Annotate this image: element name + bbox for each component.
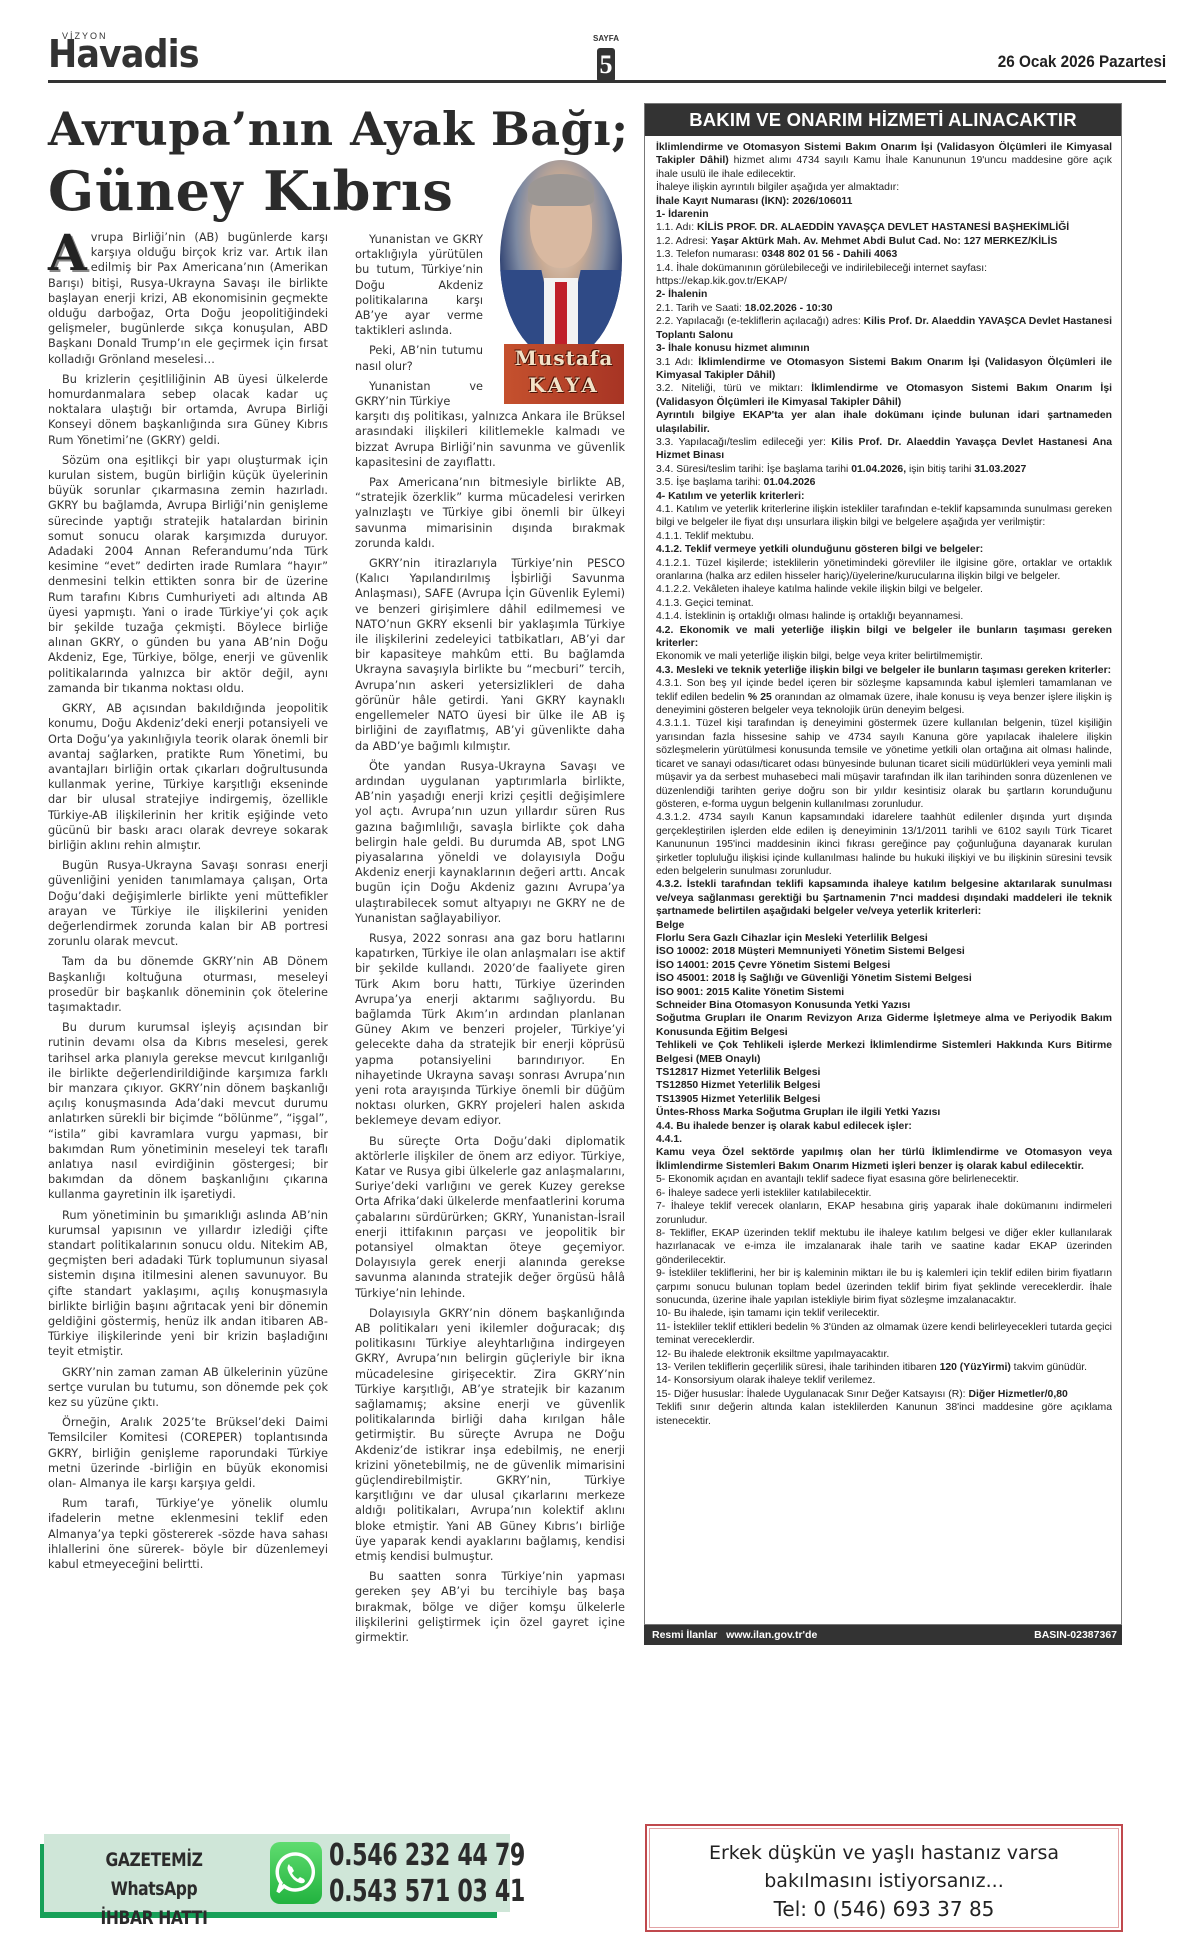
notice-item: Ayrıntılı bilgiye EKAP'ta yer alan ihale… [656, 409, 1112, 436]
article-paragraph: GKRY’nin zaman zaman AB ülkelerinin yüzü… [48, 1365, 328, 1411]
belge-item: İSO 10002: 2018 Müşteri Memnuniyeti Yöne… [656, 945, 1112, 958]
care-ad-phone[interactable]: Tel: 0 (546) 693 37 85 [647, 1894, 1121, 1924]
belge-item: Schneider Bina Otomasyon Konusunda Yetki… [656, 999, 1112, 1012]
article-paragraph: GKRY, AB açısından bakıldığında jeopolit… [48, 701, 328, 853]
notice-intro: İklimlendirme ve Otomasyon Sistemi Bakım… [656, 141, 1112, 181]
drop-cap: A [48, 232, 87, 274]
notice-item: 1.1. Adı: KİLİS PROF. DR. ALAEDDİN YAVAŞ… [656, 221, 1112, 234]
tender-notice: BAKIM VE ONARIM HİZMETİ ALINACAKTIR İkli… [644, 103, 1122, 1625]
belge-item: TS13905 Hizmet Yeterlilik Belgesi [656, 1093, 1112, 1106]
notice-section-1: 1- İdarenin [656, 208, 1112, 221]
notice-item: Ekonomik ve mali yeterliğe ilişkin bilgi… [656, 650, 1112, 663]
article-paragraph: Pax Americana’nın bitmesiyle birlikte AB… [355, 475, 625, 551]
notice-item: 3.2. Niteliği, türü ve miktarı: İklimlen… [656, 382, 1112, 409]
notice-section-4: 4- Katılım ve yeterlik kriterleri: [656, 490, 1112, 503]
article-paragraph: Sözüm ona eşitlikçi bir yapı oluşturmak … [48, 453, 328, 696]
notice-item: Kamu veya Özel sektörde yapılmış olan he… [656, 1146, 1112, 1173]
article-paragraph: Bugün Rusya-Ukrayna Savaşı sonrası enerj… [48, 858, 328, 949]
article-paragraph: GKRY’nin itirazlarıyla Türkiye’nin PESCO… [355, 556, 625, 754]
notice-ikn: İhale Kayıt Numarası (İKN): 2026/106011 [656, 195, 1112, 208]
belge-item: Üntes-Rhoss Marka Soğutma Grupları ile i… [656, 1106, 1112, 1119]
notice-section-2: 2- İhalenin [656, 288, 1112, 301]
notice-section-3: 3- İhale konusu hizmet alımının [656, 342, 1112, 355]
article-paragraph-start: Yunanistan ve GKRY’nin Türkiye [355, 379, 483, 409]
phone-number-1[interactable]: 0.546 232 44 79 [329, 1838, 462, 1874]
article-paragraph: Yunanistan ve GKRY ortaklığıyla yürütüle… [355, 232, 483, 338]
ad-box: GAZETEMİZ WhatsApp İHBAR HATTI 0.546 232… [44, 1834, 510, 1912]
belge-item: TS12817 Hizmet Yeterlilik Belgesi [656, 1066, 1112, 1079]
belge-item: Florlu Sera Gazlı Cihazlar için Mesleki … [656, 932, 1112, 945]
notice-item: 4.1. Katılım ve yeterlik kriterlerine il… [656, 503, 1112, 530]
notice-item: 4.1.3. Geçici teminat. [656, 597, 1112, 610]
notice-item: 4.3.1. Son beş yıl içinde bedel içeren b… [656, 677, 1112, 717]
notice-item: 15- Diğer hususlar: İhalede Uygulanacak … [656, 1388, 1112, 1401]
notice-item: 3.5. İşe başlama tarihi: 01.04.2026 [656, 476, 1112, 489]
notice-item: 4.1.2. Teklif vermeye yetkili olunduğunu… [656, 543, 1112, 556]
press-code: BASIN-02387367 [1034, 1625, 1117, 1645]
whatsapp-icon [270, 1842, 322, 1904]
notice-details-line: İhaleye ilişkin ayrıntılı bilgiler aşağı… [656, 181, 1112, 194]
belge-item: İSO 45001: 2018 İş Sağlığı ve Güvenliği … [656, 972, 1112, 985]
notice-item: 3.1 Adı: İklimlendirme ve Otomasyon Sist… [656, 356, 1112, 383]
notice-item: 4.3.1.1. Tüzel kişi tarafından iş deneyi… [656, 717, 1112, 811]
headline-line-1: Avrupa’nın Ayak Bağı; [48, 100, 648, 158]
notice-item: 2.1. Tarih ve Saati: 18.02.2026 - 10:30 [656, 302, 1112, 315]
notice-item: 6- İhaleye sadece yerli istekliler katıl… [656, 1187, 1112, 1200]
article-paragraph: karşıtı dış politikası, yalnızca Ankara … [355, 409, 625, 470]
page-number: 5 [597, 48, 615, 82]
article-paragraph: Bu durum kurumsal işleyiş açısından bir … [48, 1020, 328, 1202]
article-column-1: Avrupa Birliği’nin (AB) bugünlerde karşı… [48, 230, 328, 1577]
article-paragraph: Tam da bu dönemde GKRY’nin AB Dönem Başk… [48, 954, 328, 1015]
notice-footer: Resmi İlanlar www.ilan.gov.tr'de BASIN-0… [644, 1625, 1122, 1645]
care-ad-line-1: Erkek düşkün ve yaşlı hastanız varsa [647, 1838, 1121, 1868]
page-label: SAYFA [593, 34, 619, 43]
notice-item: 11- İstekliler teklif ettikleri bedelin … [656, 1321, 1112, 1348]
notice-item: 4.1.1. Teklif mektubu. [656, 530, 1112, 543]
article-paragraph: Bu süreçte Orta Doğu’daki diplomatik akt… [355, 1134, 625, 1301]
notice-item: 10- Bu ihalede, işin tamamı için teklif … [656, 1307, 1112, 1320]
article-paragraph: Avrupa Birliği’nin (AB) bugünlerde karşı… [48, 230, 328, 367]
notice-item: 8- Teklifler, EKAP üzerinden teklif mekt… [656, 1227, 1112, 1267]
article-paragraph: Örneğin, Aralık 2025’te Brüksel’deki Dai… [48, 1415, 328, 1491]
notice-item: 12- Bu ihalede elektronik eksiltme yapıl… [656, 1348, 1112, 1361]
belge-item: Soğutma Grupları ile Onarım Revizyon Arı… [656, 1012, 1112, 1039]
notice-item: 9- İstekliler tekliflerini, her bir iş k… [656, 1267, 1112, 1307]
notice-item: 4.1.4. İsteklinin iş ortaklığı olması ha… [656, 610, 1112, 623]
official-ads-link[interactable]: Resmi İlanlar www.ilan.gov.tr'de [652, 1625, 817, 1645]
belge-item: Tehlikeli ve Çok Tehlikeli işlerde Merke… [656, 1039, 1112, 1066]
notice-item: 4.2. Ekonomik ve mali yeterliğe ilişkin … [656, 624, 1112, 651]
hotline-numbers: 0.546 232 44 79 0.543 571 03 41 [329, 1838, 462, 1910]
article-column-2: Yunanistan ve GKRY ortaklığıyla yürütüle… [355, 232, 625, 1650]
notice-item: 3.4. Süresi/teslim tarihi: İşe başlama t… [656, 463, 1112, 476]
notice-item: 5- Ekonomik açıdan en avantajlı teklif s… [656, 1173, 1112, 1186]
notice-item: 3.3. Yapılacağı/teslim edileceği yer: Ki… [656, 436, 1112, 463]
article-paragraph: Rum yönetiminin bu şımarıklığı aslında A… [48, 1208, 328, 1360]
belge-item: İSO 9001: 2015 Kalite Yönetim Sistemi [656, 986, 1112, 999]
article-paragraph: Rum tarafı, Türkiye’ye yönelik olumlu if… [48, 1496, 328, 1572]
notice-item: 4.3.2. İstekli tarafından teklifi kapsam… [656, 878, 1112, 918]
notice-body: İklimlendirme ve Otomasyon Sistemi Bakım… [656, 141, 1112, 1428]
notice-item: 4.3.1.2. 4734 sayılı Kanun kapsamındaki … [656, 811, 1112, 878]
hotline-label: GAZETEMİZ WhatsApp İHBAR HATTI [72, 1846, 236, 1933]
issue-date: 26 Ocak 2026 Pazartesi [998, 52, 1166, 72]
notice-item: 4.1.2.2. Vekâleten ihaleye katılma halin… [656, 583, 1112, 596]
notice-item: 4.1.2.1. Tüzel kişilerde; isteklilerin y… [656, 557, 1112, 584]
notice-item: 2.2. Yapılacağı (e-tekliflerin açılacağı… [656, 315, 1112, 342]
masthead: VİZYON Havadis SAYFA 5 26 Ocak 2026 Paza… [48, 28, 1166, 82]
notice-item: 1.3. Telefon numarası: 0348 802 01 56 - … [656, 248, 1112, 261]
notice-item: 1.4. İhale dokümanının görülebileceği ve… [656, 262, 1112, 275]
notice-item: 7- İhaleye teklif verecek olanların, EKA… [656, 1200, 1112, 1227]
article-paragraph: Öte yandan Rusya-Ukrayna Savaşı ve ardın… [355, 759, 625, 926]
belge-header: Belge [656, 919, 1112, 932]
care-ad-line-2: bakılmasını istiyorsanız... [647, 1868, 1121, 1894]
notice-item: 14- Konsorsiyum olarak ihaleye teklif ve… [656, 1374, 1112, 1387]
page-number-badge: SAYFA 5 [584, 28, 628, 82]
notice-item: Teklifi sınır değerin altında kalan iste… [656, 1401, 1112, 1428]
belge-item: TS12850 Hizmet Yeterlilik Belgesi [656, 1079, 1112, 1092]
phone-number-2[interactable]: 0.543 571 03 41 [329, 1874, 462, 1910]
notice-title: BAKIM VE ONARIM HİZMETİ ALINACAKTIR [645, 104, 1121, 136]
notice-item: 1.2. Adresi: Yaşar Aktürk Mah. Av. Mehme… [656, 235, 1112, 248]
masthead-divider [48, 80, 1166, 83]
logo-title: Havadis [48, 32, 199, 76]
column-2-wrap-area: Yunanistan ve GKRY ortaklığıyla yürütüle… [355, 232, 483, 409]
article-paragraph: Bu saatten sonra Türkiye’nin yapması ger… [355, 1569, 625, 1645]
elderly-care-ad[interactable]: Erkek düşkün ve yaşlı hastanız varsa bak… [645, 1824, 1123, 1932]
article-paragraph: Dolayısıyla GKRY’nin dönem başkanlığında… [355, 1306, 625, 1564]
article-paragraph: Bu krizlerin çeşitliliğinin AB üyesi ülk… [48, 372, 328, 448]
whatsapp-hotline-ad[interactable]: GAZETEMİZ WhatsApp İHBAR HATTI 0.546 232… [40, 1834, 510, 1918]
notice-item: 13- Verilen tekliflerin geçerlilik süres… [656, 1361, 1112, 1374]
notice-item: 4.3. Mesleki ve teknik yeterliğe ilişkin… [656, 664, 1112, 677]
notice-item: 4.4.1. [656, 1133, 1112, 1146]
article-paragraph: Peki, AB’nin tutumu nasıl olur? [355, 343, 483, 373]
notice-item: 4.4. Bu ihalede benzer iş olarak kabul e… [656, 1120, 1112, 1133]
article-paragraph: Rusya, 2022 sonrası ana gaz boru hatları… [355, 931, 625, 1129]
ekap-link[interactable]: https://ekap.kik.gov.tr/EKAP/ [656, 275, 1112, 288]
belge-item: İSO 14001: 2015 Çevre Yönetim Sistemi Be… [656, 959, 1112, 972]
